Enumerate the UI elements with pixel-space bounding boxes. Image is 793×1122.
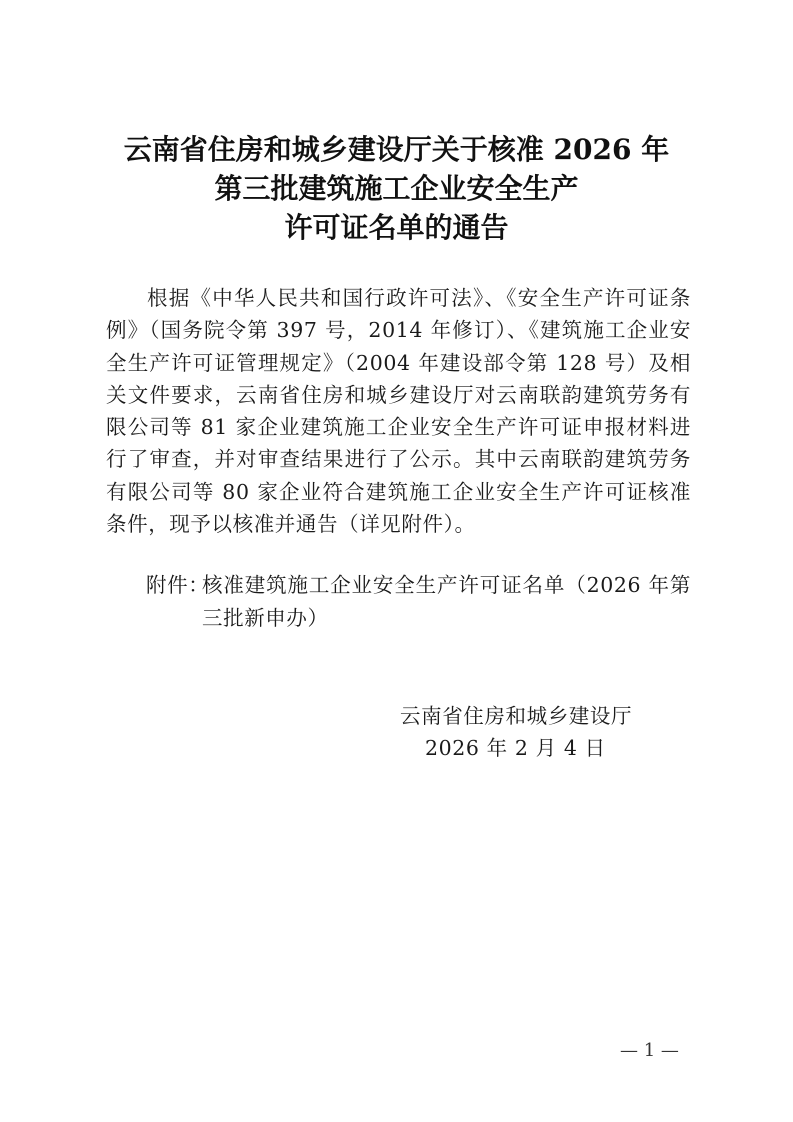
body-paragraph: 根据《中华人民共和国行政许可法》、《安全生产许可证条例》（国务院令第 397 号…: [106, 282, 691, 540]
issuing-organization: 云南省住房和城乡建设厅: [400, 700, 660, 732]
attachment-label: 附件：: [146, 569, 209, 602]
page-number: — 1 —: [620, 1040, 679, 1061]
title-line-3: 许可证名单的通告: [0, 208, 793, 247]
issue-date: 2026 年 2 月 4 日: [400, 732, 660, 764]
document-title: 云南省住房和城乡建设厅关于核准 2026 年 第三批建筑施工企业安全生产 许可证…: [0, 130, 793, 247]
attachment-note: 附件： 核准建筑施工企业安全生产许可证名单（2026 年第三批新申办）: [146, 569, 691, 635]
attachment-text: 核准建筑施工企业安全生产许可证名单（2026 年第三批新申办）: [202, 569, 691, 635]
title-line-1: 云南省住房和城乡建设厅关于核准 2026 年: [0, 130, 793, 169]
title-line-2: 第三批建筑施工企业安全生产: [0, 169, 793, 208]
signature-block: 云南省住房和城乡建设厅 2026 年 2 月 4 日: [400, 700, 660, 764]
